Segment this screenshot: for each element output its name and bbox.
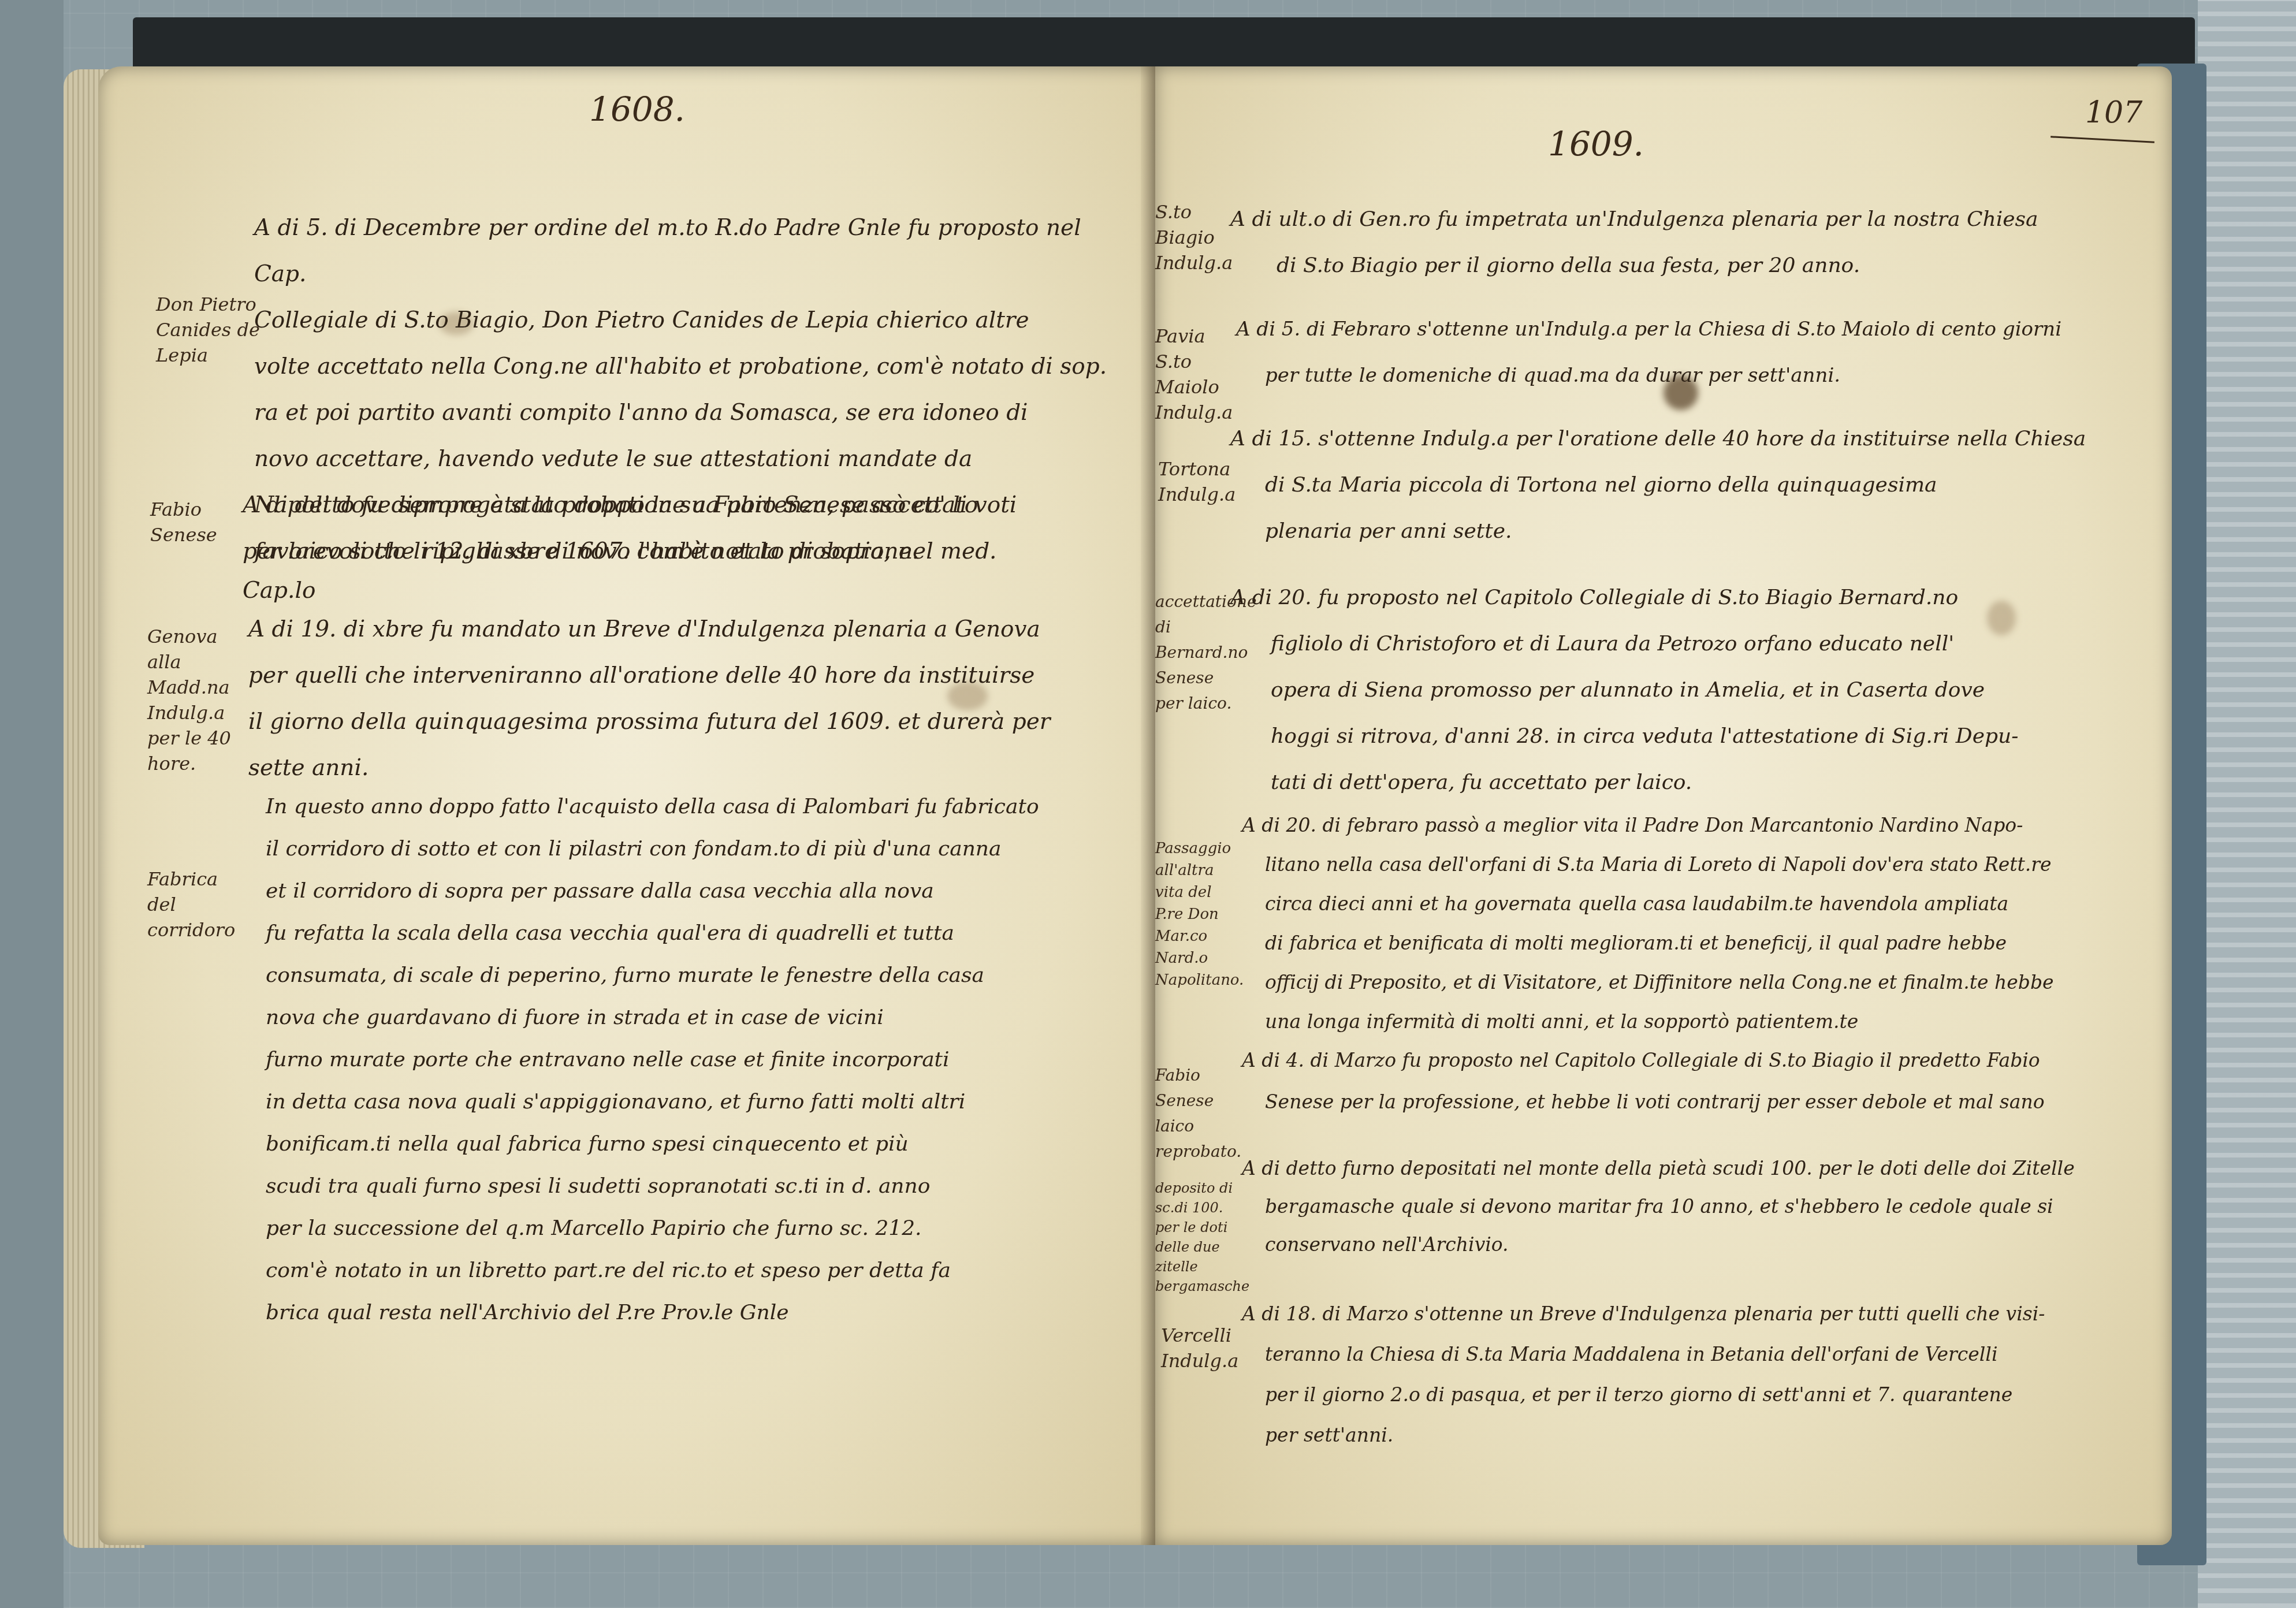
margin-note: Fabrica del corridoro bbox=[147, 866, 251, 943]
entry-line: il corridoro di sotto et con li pilastri… bbox=[266, 828, 1138, 870]
entry-block: In questo anno doppo fatto l'acquisto de… bbox=[266, 786, 1138, 1334]
entry-line: di S.to Biagio per il giorno della sua f… bbox=[1230, 243, 2143, 289]
margin-note: Fabio Senese bbox=[150, 497, 219, 548]
margin-note: Vercelli Indulg.a bbox=[1161, 1323, 1236, 1373]
entry-line: litano nella casa dell'orfani di S.ta Ma… bbox=[1242, 845, 2154, 884]
entry-block: A di 15. s'ottenne Indulg.a per l'oratio… bbox=[1230, 416, 2143, 554]
entry-line: per il giorno 2.o di pasqua, et per il t… bbox=[1242, 1375, 2154, 1415]
margin-note: Passaggio all'altra vita del P.re Don Ma… bbox=[1155, 837, 1242, 991]
entry-line: com'è notato in un libretto part.re del … bbox=[266, 1249, 1138, 1291]
entry-line: Collegiale di S.to Biagio, Don Pietro Ca… bbox=[254, 297, 1138, 344]
margin-note: Tortona Indulg.a bbox=[1158, 456, 1233, 507]
entry-block: A di 20. di febraro passò a meglior vita… bbox=[1242, 806, 2154, 1041]
left-page-year: 1608. bbox=[589, 90, 685, 129]
margin-note: S.to Biagio Indulg.a bbox=[1155, 199, 1225, 276]
entry-block: A di ult.o di Gen.ro fu impetrata un'Ind… bbox=[1230, 196, 2143, 289]
entry-line: A di ult.o di Gen.ro fu impetrata un'Ind… bbox=[1230, 196, 2143, 243]
entry-line: A di 5. di Febraro s'ottenne un'Indulg.a… bbox=[1236, 306, 2143, 352]
scanner-edge-right bbox=[2198, 0, 2296, 1608]
margin-note: Fabio Senese laico reprobato. bbox=[1155, 1063, 1236, 1164]
entry-line: et il corridoro di sopra per passare dal… bbox=[266, 870, 1138, 912]
entry-line: tati di dett'opera, fu accettato per lai… bbox=[1230, 760, 2154, 806]
entry-line: A di 15. s'ottenne Indulg.a per l'oratio… bbox=[1230, 416, 2143, 462]
entry-line: Senese per la professione, et hebbe li v… bbox=[1242, 1081, 2166, 1123]
entry-block: A di detto fu diprorogata la probatione … bbox=[243, 482, 1138, 607]
entry-block: A di 19. di xbre fu mandato un Breve d'I… bbox=[248, 606, 1138, 791]
folio-number: 107 bbox=[2085, 95, 2142, 130]
entry-block: A di 5. di Febraro s'ottenne un'Indulg.a… bbox=[1236, 306, 2143, 399]
scanner-edge-left bbox=[0, 0, 64, 1608]
entry-line: di S.ta Maria piccola di Tortona nel gio… bbox=[1230, 462, 2143, 508]
margin-note: Pavia S.to Maiolo Indulg.a bbox=[1155, 323, 1230, 425]
entry-line: hoggi si ritrova, d'anni 28. in circa ve… bbox=[1230, 713, 2154, 760]
entry-line: opera di Siena promosso per alunnato in … bbox=[1230, 667, 2154, 713]
entry-block: A di 20. fu proposto nel Capitolo Colleg… bbox=[1230, 575, 2154, 806]
entry-line: furno murate porte che entravano nelle c… bbox=[266, 1038, 1138, 1081]
entry-line: bonificam.ti nella qual fabrica furno sp… bbox=[266, 1123, 1138, 1165]
entry-line: brica qual resta nell'Archivio del P.re … bbox=[266, 1291, 1138, 1334]
entry-line: una longa infermità di molti anni, et la… bbox=[1242, 1002, 2154, 1041]
entry-block: A di detto furno depositati nel monte de… bbox=[1242, 1149, 2154, 1264]
entry-line: teranno la Chiesa di S.ta Maria Maddalen… bbox=[1242, 1334, 2154, 1375]
entry-line: per tutte le domeniche di quad.ma da dur… bbox=[1236, 352, 2143, 399]
entry-line: per sett'anni. bbox=[1242, 1415, 2154, 1456]
entry-line: figliolo di Christoforo et di Laura da P… bbox=[1230, 621, 2154, 667]
entry-line: A di 4. di Marzo fu proposto nel Capitol… bbox=[1242, 1040, 2166, 1081]
entry-line: conservano nell'Archivio. bbox=[1242, 1226, 2154, 1264]
entry-line: in detta casa nova quali s'appiggionavan… bbox=[266, 1081, 1138, 1123]
entry-line: A di 5. di Decembre per ordine del m.to … bbox=[254, 205, 1138, 297]
entry-line: plenaria per anni sette. bbox=[1230, 508, 2143, 554]
right-page-year: 1609. bbox=[1548, 124, 1644, 163]
entry-line: fu refatta la scala della casa vecchia q… bbox=[266, 912, 1138, 954]
entry-line: A di 18. di Marzo s'ottenne un Breve d'I… bbox=[1242, 1294, 2154, 1334]
margin-note: Genova alla Madd.na Indulg.a per le 40 h… bbox=[147, 624, 240, 776]
entry-line: nova che guardavano di fuore in strada e… bbox=[266, 996, 1138, 1038]
entry-block: A di 4. di Marzo fu proposto nel Capitol… bbox=[1242, 1040, 2166, 1123]
entry-line: ra et poi partito avanti compito l'anno … bbox=[254, 390, 1138, 436]
margin-note: Don Pietro Canides de Lepia bbox=[156, 292, 266, 368]
entry-line: volte accettato nella Cong.ne all'habito… bbox=[254, 344, 1138, 390]
margin-note: accettatione di Bernard.no Senese per la… bbox=[1155, 589, 1236, 716]
entry-line: per quelli che interveniranno all'oratio… bbox=[248, 653, 1138, 699]
entry-line: A di 20. fu proposto nel Capitolo Colleg… bbox=[1230, 575, 2154, 621]
entry-line: A di 20. di febraro passò a meglior vita… bbox=[1242, 806, 2154, 845]
entry-line: In questo anno doppo fatto l'acquisto de… bbox=[266, 786, 1138, 828]
margin-note: deposito di sc.di 100. per le doti delle… bbox=[1155, 1178, 1236, 1296]
entry-line: bergamasche quale si devono maritar fra … bbox=[1242, 1188, 2154, 1226]
entry-line: A di detto furno depositati nel monte de… bbox=[1242, 1149, 2154, 1188]
entry-line: novo accettare, havendo vedute le sue at… bbox=[254, 436, 1138, 482]
entry-line: Cap.lo bbox=[243, 575, 1138, 607]
entry-line: sette anni. bbox=[248, 745, 1138, 791]
entry-line: il giorno della quinquagesima prossima f… bbox=[248, 699, 1138, 745]
entry-line: officij di Preposito, et di Visitatore, … bbox=[1242, 963, 2154, 1002]
entry-line: A di detto fu diprorogata la probatione … bbox=[243, 482, 1138, 528]
entry-line: consumata, di scale di peperino, furno m… bbox=[266, 954, 1138, 996]
entry-line: per laico sotto li 12. di xbre 1607. com… bbox=[243, 528, 1138, 575]
entry-line: circa dieci anni et ha governata quella … bbox=[1242, 884, 2154, 924]
entry-block: A di 18. di Marzo s'ottenne un Breve d'I… bbox=[1242, 1294, 2154, 1456]
entry-line: scudi tra quali furno spesi li sudetti s… bbox=[266, 1165, 1138, 1207]
entry-line: di fabrica et benificata di molti meglio… bbox=[1242, 924, 2154, 963]
entry-line: per la successione del q.m Marcello Papi… bbox=[266, 1207, 1138, 1249]
entry-line: A di 19. di xbre fu mandato un Breve d'I… bbox=[248, 606, 1138, 653]
